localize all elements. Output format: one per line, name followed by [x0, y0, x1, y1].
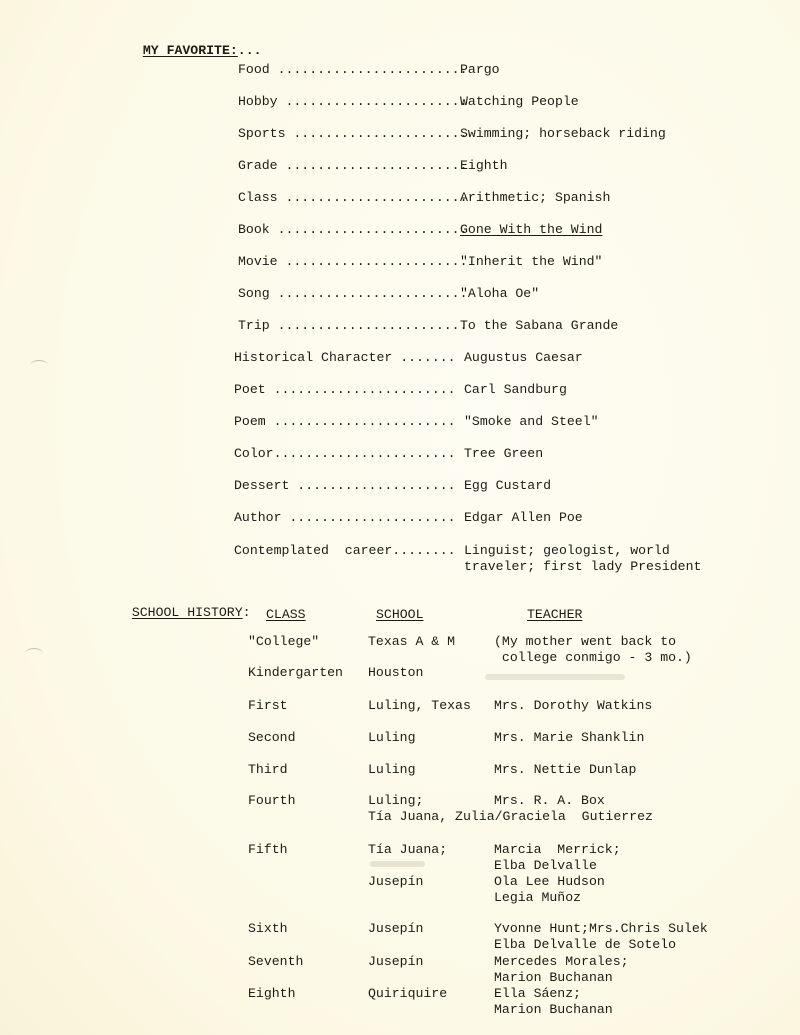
class-cell: Fifth: [248, 842, 288, 858]
favorite-value: To the Sabana Grande: [460, 318, 618, 334]
favorite-label: Dessert ....................: [234, 478, 464, 494]
school-cell: Jusepín: [368, 954, 423, 970]
favorite-value: Pargo: [460, 62, 500, 78]
teacher-cell: Ella Sáenz;: [494, 986, 581, 1002]
favorite-value: Gone With the Wind: [460, 222, 602, 238]
school-cell: Texas A & M: [368, 634, 455, 650]
favorite-label: Class .......................: [238, 190, 468, 206]
favorites-heading-text: MY FAVORITE:: [143, 43, 238, 58]
favorites-heading-suffix: ...: [238, 43, 262, 58]
school-cell: Luling: [368, 730, 415, 746]
favorite-label: Grade .......................: [238, 158, 468, 174]
favorite-value: Watching People: [460, 94, 579, 110]
teacher-cell: Marcia Merrick;: [494, 842, 621, 858]
class-cell: Third: [248, 762, 288, 778]
school-history-heading-suffix: :: [243, 605, 251, 620]
teacher-cell: Elba Delvalle: [494, 858, 597, 874]
favorites-heading: MY FAVORITE:...: [127, 27, 262, 59]
hole-punch-mark-bottom: [25, 648, 43, 659]
teacher-cell: (My mother went back to: [494, 634, 676, 650]
favorite-label: Food ........................: [238, 62, 468, 78]
teacher-cell: Marion Buchanan: [494, 1002, 613, 1018]
school-history-heading-text: SCHOOL HISTORY: [132, 605, 243, 620]
school-cell: Luling, Texas: [368, 698, 471, 714]
favorite-label: Poet .......................: [234, 382, 464, 398]
favorite-label: Book ........................: [238, 222, 468, 238]
favorite-value: Augustus Caesar: [464, 350, 583, 366]
erased-smudge: [485, 674, 625, 680]
school-cell: Luling: [368, 762, 415, 778]
teacher-cell: Mrs. Nettie Dunlap: [494, 762, 636, 778]
favorite-value: Egg Custard: [464, 478, 551, 494]
favorite-label: Hobby .......................: [238, 94, 468, 110]
erased-smudge: [370, 861, 425, 867]
favorite-label: Movie .......................: [238, 254, 468, 270]
favorite-label: Sports ......................: [238, 126, 468, 142]
school-cell: Jusepín: [368, 921, 423, 937]
class-cell: "College": [248, 634, 319, 650]
favorite-value: Eighth: [460, 158, 507, 174]
school-history-heading: SCHOOL HISTORY:: [116, 589, 251, 621]
school-cell: Luling;: [368, 793, 423, 809]
favorite-label: Song ........................: [238, 286, 468, 302]
school-cell: Houston: [368, 665, 423, 681]
column-header-school: SCHOOL: [376, 607, 423, 623]
teacher-cell: Mercedes Morales;: [494, 954, 629, 970]
school-cell: Tía Juana;: [368, 842, 447, 858]
teacher-cell: Mrs. Marie Shanklin: [494, 730, 644, 746]
column-header-class: CLASS: [266, 607, 306, 623]
favorite-value: "Smoke and Steel": [464, 414, 599, 430]
favorite-value: "Aloha Oe": [460, 286, 539, 302]
favorite-value: Linguist; geologist, world: [464, 543, 670, 559]
favorite-label: Color.......................: [234, 446, 464, 462]
school-cell: Jusepín: [368, 874, 423, 890]
class-cell: Fourth: [248, 793, 295, 809]
class-cell: Eighth: [248, 986, 295, 1002]
class-cell: Sixth: [248, 921, 288, 937]
class-cell: First: [248, 698, 288, 714]
class-cell: Second: [248, 730, 295, 746]
column-header-teacher: TEACHER: [527, 607, 582, 623]
teacher-cell: Ola Lee Hudson: [494, 874, 605, 890]
teacher-cell: Elba Delvalle de Sotelo: [494, 937, 676, 953]
favorite-value: Swimming; horseback riding: [460, 126, 666, 142]
favorite-value: "Inherit the Wind": [460, 254, 602, 270]
teacher-cell: college conmigo - 3 mo.): [494, 650, 692, 666]
teacher-cell: Marion Buchanan: [494, 970, 613, 986]
teacher-cell: Yvonne Hunt;Mrs.Chris Sulek: [494, 921, 708, 937]
teacher-cell: Legia Muñoz: [494, 890, 581, 906]
favorite-label: Author .....................: [234, 510, 464, 526]
school-cell: Quiriquire: [368, 986, 447, 1002]
favorite-value: Edgar Allen Poe: [464, 510, 583, 526]
favorite-label: Contemplated career........: [234, 543, 464, 559]
teacher-cell: Mrs. R. A. Box: [494, 793, 605, 809]
favorite-value-line2: traveler; first lady President: [464, 559, 701, 575]
favorite-value: Carl Sandburg: [464, 382, 567, 398]
teacher-cell: Mrs. Dorothy Watkins: [494, 698, 652, 714]
class-cell: Kindergarten: [248, 665, 343, 681]
favorite-value: Arithmetic; Spanish: [460, 190, 610, 206]
school-teacher-extra-line: Tía Juana, Zulia/Graciela Gutierrez: [368, 809, 653, 825]
favorite-label: Historical Character .......: [234, 350, 464, 366]
favorite-value: Tree Green: [464, 446, 543, 462]
favorite-label: Poem .......................: [234, 414, 464, 430]
hole-punch-mark-top: [30, 360, 48, 371]
class-cell: Seventh: [248, 954, 303, 970]
favorite-label: Trip ........................: [238, 318, 468, 334]
